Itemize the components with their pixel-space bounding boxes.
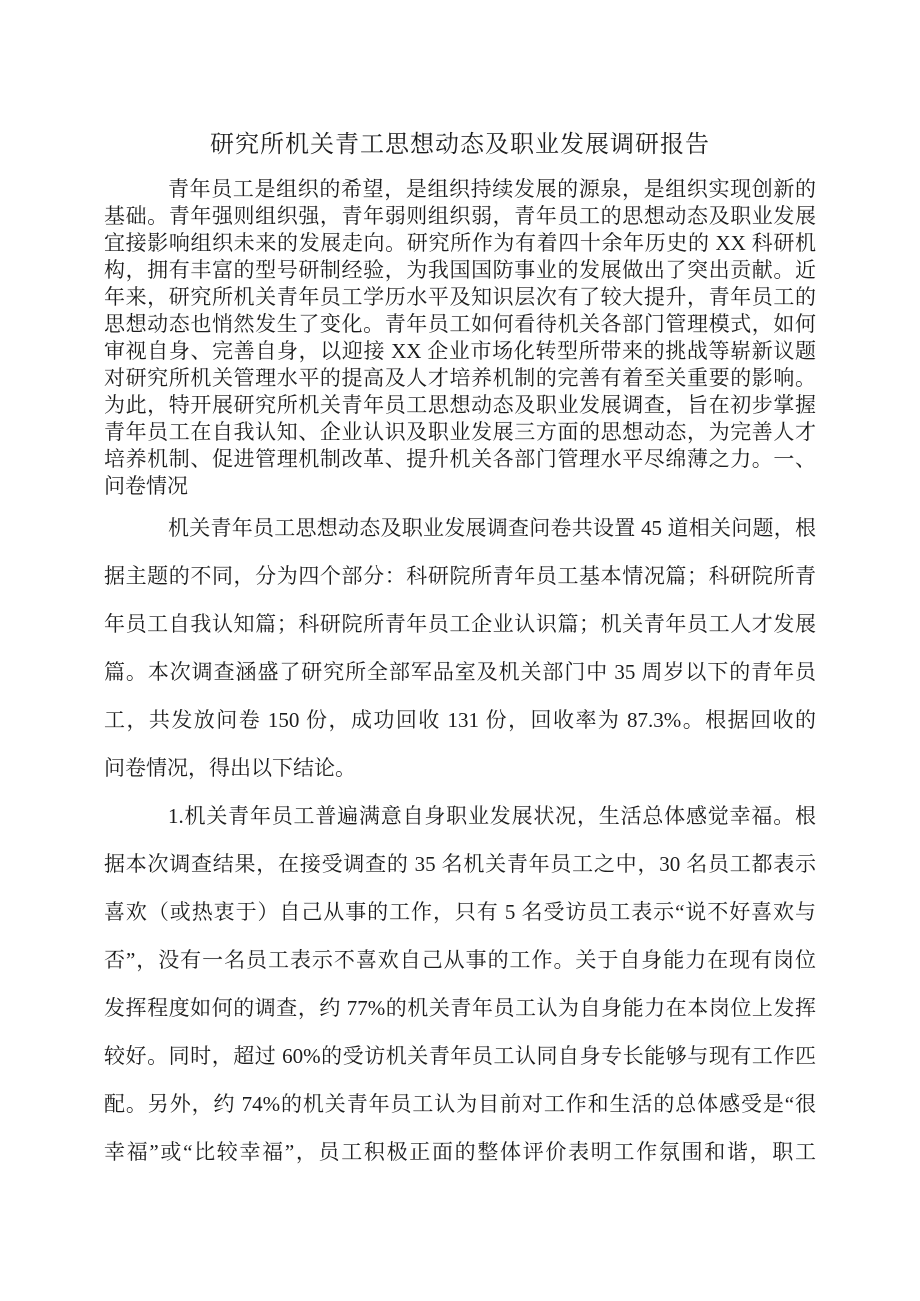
text-line: 1.机关青年员工普遍满意自身职业发展状况，生活总体感觉幸福。根 bbox=[104, 792, 816, 840]
text-line: 年来，研究所机关青年员工学历水平及知识层次有了较大提升，青年员工的 bbox=[104, 284, 816, 311]
text-line: 配。另外，约 74%的机关青年员工认为目前对工作和生活的总体感受是“很 bbox=[104, 1080, 816, 1128]
text-line: 否”，没有一名员工表示不喜欢自己从事的工作。关于自身能力在现有岗位 bbox=[104, 936, 816, 984]
text-line: 对研究所机关管理水平的提高及人才培养机制的完善有着至关重要的影响。 bbox=[104, 365, 816, 392]
text-line: 较好。同时，超过 60%的受访机关青年员工认同自身专长能够与现有工作匹 bbox=[104, 1032, 816, 1080]
text-line: 宜接影响组织未来的发展走向。研究所作为有着四十余年历史的 XX 科研机 bbox=[104, 230, 816, 257]
text-line: 为此，特开展研究所机关青年员工思想动态及职业发展调查，旨在初步掌握 bbox=[104, 392, 816, 419]
text-line: 工，共发放问卷 150 份，成功回收 131 份，回收率为 87.3%。根据回收… bbox=[104, 696, 816, 744]
text-line: 年员工自我认知篇；科研院所青年员工企业认识篇；机关青年员工人才发展 bbox=[104, 600, 816, 648]
text-line: 据本次调查结果，在接受调查的 35 名机关青年员工之中，30 名员工都表示 bbox=[104, 840, 816, 888]
text-line: 培养机制、促进管理机制改革、提升机关各部门管理水平尽绵薄之力。一、 bbox=[104, 446, 816, 473]
text-line: 机关青年员工思想动态及职业发展调查问卷共设置 45 道相关问题，根 bbox=[104, 504, 816, 552]
document-title: 研究所机关青工思想动态及职业发展调研报告 bbox=[104, 124, 816, 159]
text-line: 审视自身、完善自身，以迎接 XX 企业市场化转型所带来的挑战等崭新议题 bbox=[104, 338, 816, 365]
text-line: 幸福”或“比较幸福”，员工积极正面的整体评价表明工作氛围和谐，职工 bbox=[104, 1128, 816, 1176]
text-line: 青年员工在自我认知、企业认识及职业发展三方面的思想动态，为完善人才 bbox=[104, 419, 816, 446]
text-line: 据主题的不同，分为四个部分：科研院所青年员工基本情况篇；科研院所青 bbox=[104, 552, 816, 600]
text-line: 思想动态也悄然发生了变化。青年员工如何看待机关各部门管理模式，如何 bbox=[104, 311, 816, 338]
paragraph-intro: 青年员工是组织的希望，是组织持续发展的源泉，是组织实现创新的基础。青年强则组织强… bbox=[104, 176, 816, 500]
text-line: 喜欢（或热衷于）自己从事的工作，只有 5 名受访员工表示“说不好喜欢与 bbox=[104, 888, 816, 936]
text-line: 青年员工是组织的希望，是组织持续发展的源泉，是组织实现创新的 bbox=[104, 176, 816, 203]
document-page: 研究所机关青工思想动态及职业发展调研报告 青年员工是组织的希望，是组织持续发展的… bbox=[0, 0, 920, 1301]
text-line: 发挥程度如何的调查，约 77%的机关青年员工认为自身能力在本岗位上发挥 bbox=[104, 984, 816, 1032]
paragraph-survey-overview: 机关青年员工思想动态及职业发展调查问卷共设置 45 道相关问题，根据主题的不同，… bbox=[104, 504, 816, 792]
text-line: 问卷情况 bbox=[104, 473, 816, 500]
text-line: 基础。青年强则组织强，青年弱则组织弱，青年员工的思想动态及职业发展 bbox=[104, 203, 816, 230]
text-line: 问卷情况，得出以下结论。 bbox=[104, 744, 816, 792]
paragraph-conclusion-1: 1.机关青年员工普遍满意自身职业发展状况，生活总体感觉幸福。根据本次调查结果，在… bbox=[104, 792, 816, 1176]
text-line: 构，拥有丰富的型号研制经验，为我国国防事业的发展做出了突出贡献。近 bbox=[104, 257, 816, 284]
text-line: 篇。本次调查涵盛了研究所全部军品室及机关部门中 35 周岁以下的青年员 bbox=[104, 648, 816, 696]
